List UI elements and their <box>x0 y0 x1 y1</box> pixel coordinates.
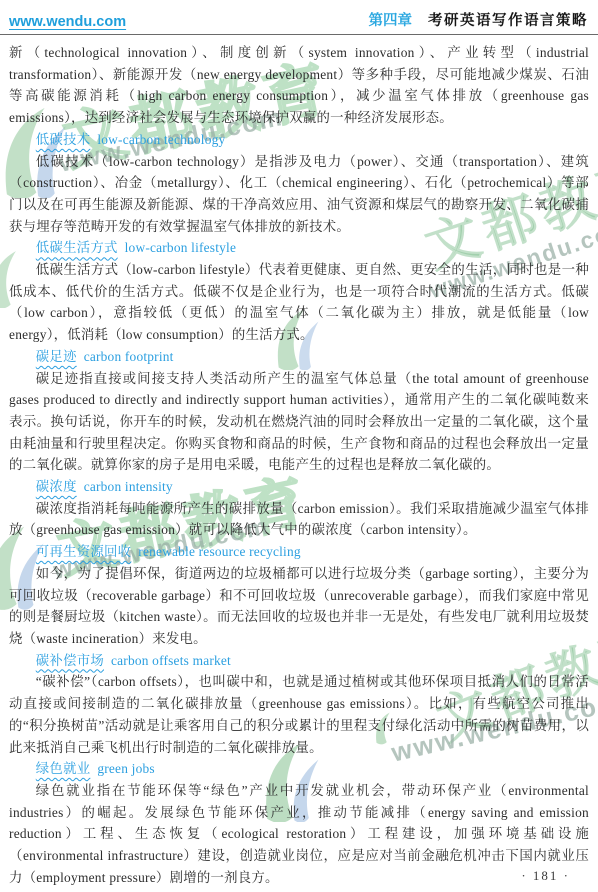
term-paragraph: 碳浓度指消耗每吨能源所产生的碳排放量（carbon emission）。我们采取… <box>9 498 589 541</box>
term-heading-renewable-resource-recycling: 可再生资源回收renewable resource recycling <box>9 541 589 563</box>
term-cn: 碳足迹 <box>36 349 77 364</box>
term-heading-carbon-offsets-market: 碳补偿市场carbon offsets market <box>9 650 589 672</box>
term-paragraph: 碳足迹指直接或间接支持人类活动所产生的温室气体总量（the total amou… <box>9 368 589 477</box>
textbook-page: 文都教育 www.wendu.com 文都教育 www.wendu.com 文都… <box>0 0 598 892</box>
page-body: 新（technological innovation）、制度创新（system … <box>0 35 598 888</box>
term-cn: 碳补偿市场 <box>36 653 104 668</box>
chapter-heading: 第四章考研英语写作语言策略 <box>369 9 589 30</box>
term-en: low-carbon technology <box>97 132 225 147</box>
term-paragraph: 绿色就业指在节能环保等“绿色”产业中开发就业机会，带动环保产业（environm… <box>9 780 589 889</box>
term-cn: 绿色就业 <box>36 761 91 776</box>
term-cn: 低碳生活方式 <box>36 240 118 255</box>
term-paragraph: 低碳生活方式（low-carbon lifestyle）代表着更健康、更自然、更… <box>9 259 589 346</box>
chapter-number: 第四章 <box>369 13 413 29</box>
term-heading-low-carbon-technology: 低碳技术low-carbon technology <box>9 129 589 151</box>
term-en: carbon offsets market <box>111 653 231 668</box>
term-cn: 可再生资源回收 <box>36 544 131 559</box>
site-link[interactable]: www.wendu.com <box>9 14 126 30</box>
intro-paragraph: 新（technological innovation）、制度创新（system … <box>9 42 589 129</box>
term-en: carbon intensity <box>84 479 173 494</box>
term-heading-carbon-intensity: 碳浓度carbon intensity <box>9 476 589 498</box>
term-paragraph: 如今，为了提倡环保，街道两边的垃圾桶都可以进行垃圾分类（garbage sort… <box>9 563 589 650</box>
page-number: · 181 · <box>521 868 570 883</box>
term-paragraph: “碳补偿”（carbon offsets），也叫碳中和，也就是通过植树或其他环保… <box>9 671 589 758</box>
page-header: www.wendu.com 第四章考研英语写作语言策略 <box>0 0 598 35</box>
chapter-title: 考研英语写作语言策略 <box>428 13 588 29</box>
term-en: low-carbon lifestyle <box>125 240 236 255</box>
page-footer: · 181 · <box>521 868 570 884</box>
term-heading-green-jobs: 绿色就业green jobs <box>9 758 589 780</box>
term-heading-low-carbon-lifestyle: 低碳生活方式low-carbon lifestyle <box>9 237 589 259</box>
term-en: green jobs <box>97 761 154 776</box>
term-paragraph: 低碳技术（low-carbon technology）是指涉及电力（power）… <box>9 151 589 238</box>
term-heading-carbon-footprint: 碳足迹carbon footprint <box>9 346 589 368</box>
term-en: carbon footprint <box>84 349 174 364</box>
term-cn: 碳浓度 <box>36 479 77 494</box>
term-cn: 低碳技术 <box>36 132 91 147</box>
term-en: renewable resource recycling <box>138 544 300 559</box>
